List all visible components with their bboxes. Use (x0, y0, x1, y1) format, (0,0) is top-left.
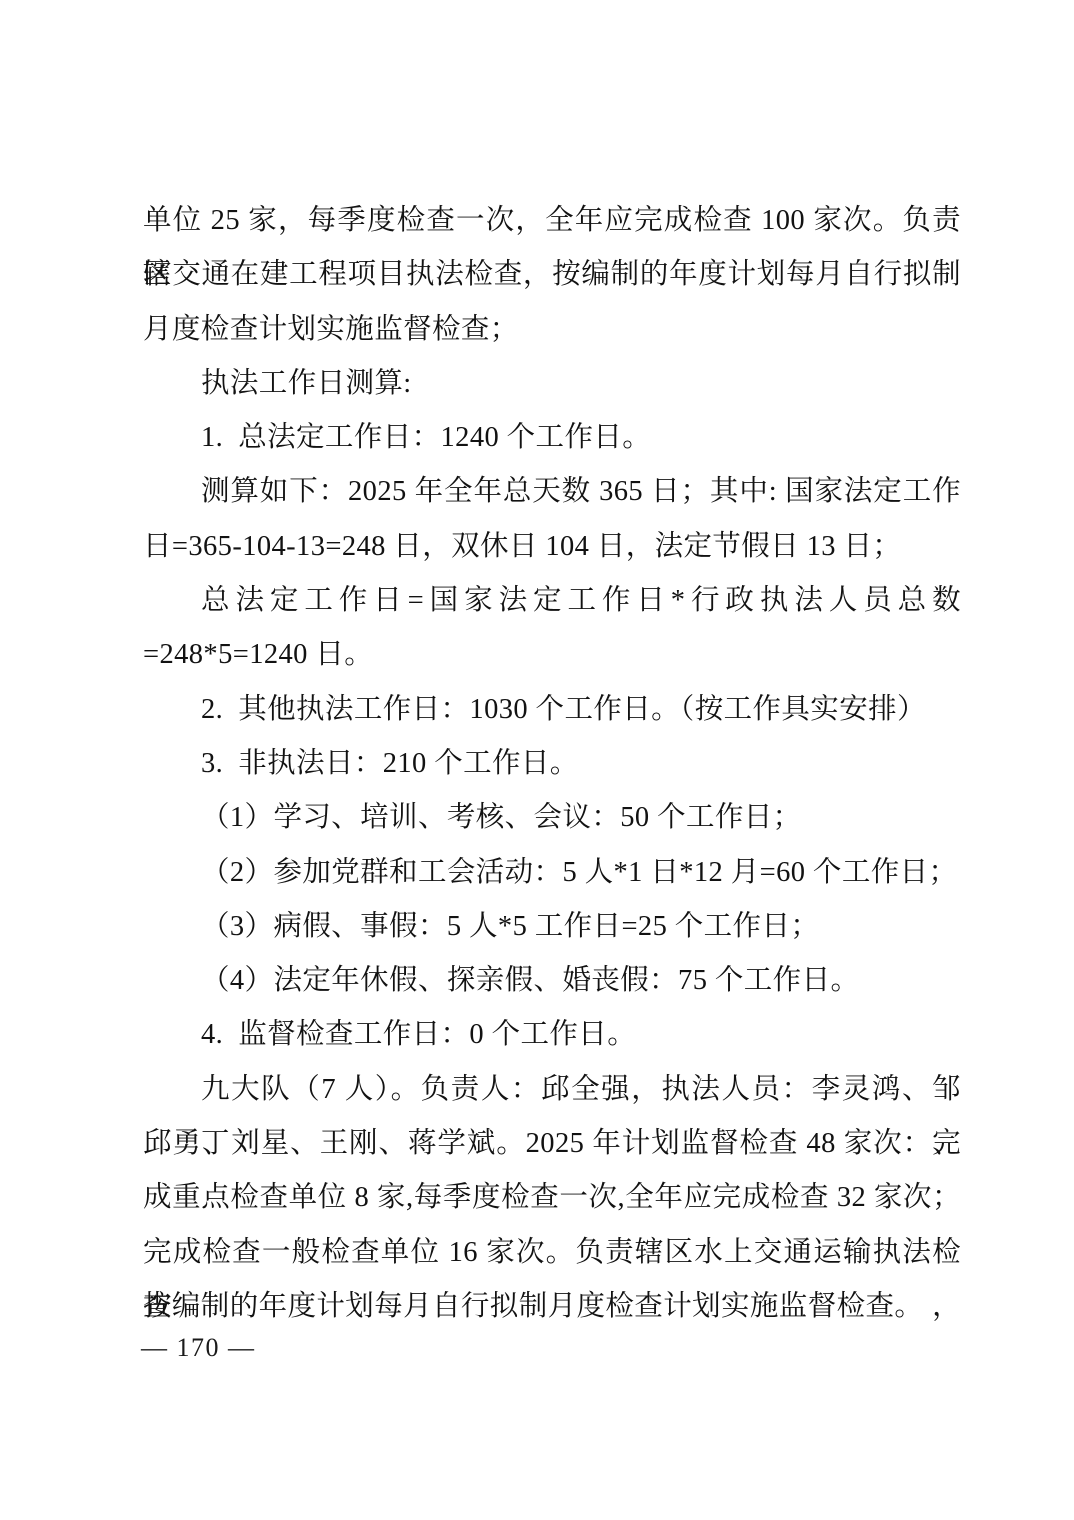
document-body: 单位 25 家，每季度检查一次，全年应完成检查 100 家次。负责辖 区交通在建… (143, 194, 961, 1334)
doc-line: 总法定工作日=国家法定工作日*行政执法人员总数 (143, 574, 961, 628)
page-number: — 170 — (141, 1330, 256, 1366)
doc-line: 单位 25 家，每季度检查一次，全年应完成检查 100 家次。负责辖 (143, 194, 961, 248)
doc-line: 按编制的年度计划每月自行拟制月度检查计划实施监督检查。 (143, 1280, 961, 1334)
doc-line: 日=365-104-13=248 日，双休日 104 日，法定节假日 13 日； (143, 520, 961, 574)
doc-line: 邱勇、刘星、王刚、蒋学斌。2025 年计划监督检查 48 家次：完 (143, 1117, 961, 1171)
doc-line: 成重点检查单位 8 家,每季度检查一次,全年应完成检查 32 家次； (143, 1171, 961, 1225)
doc-line: 月度检查计划实施监督检查； (143, 303, 961, 357)
doc-line: 1. 总法定工作日：1240 个工作日。 (143, 411, 961, 465)
document-page: 单位 25 家，每季度检查一次，全年应完成检查 100 家次。负责辖 区交通在建… (0, 0, 1074, 1520)
doc-line: 九大队（7 人）。负责人：邱全强，执法人员：李灵鸿、邹丁、 (143, 1063, 961, 1117)
doc-line: 3. 非执法日：210 个工作日。 (143, 737, 961, 791)
doc-line: 区交通在建工程项目执法检查，按编制的年度计划每月自行拟制 (143, 248, 961, 302)
doc-line: （4）法定年休假、探亲假、婚丧假：75 个工作日。 (143, 954, 961, 1008)
doc-line: （2）参加党群和工会活动：5 人*1 日*12 月=60 个工作日； (143, 846, 961, 900)
doc-line: 执法工作日测算: (143, 357, 961, 411)
doc-line: =248*5=1240 日。 (143, 628, 961, 682)
doc-line: 2. 其他执法工作日：1030 个工作日。（按工作具实安排） (143, 683, 961, 737)
doc-line: 4. 监督检查工作日：0 个工作日。 (143, 1008, 961, 1062)
doc-line: （3）病假、事假：5 人*5 工作日=25 个工作日； (143, 900, 961, 954)
doc-line: （1）学习、培训、考核、会议：50 个工作日； (143, 791, 961, 845)
doc-line: 完成检查一般检查单位 16 家次。负责辖区水上交通运输执法检查， (143, 1226, 961, 1280)
doc-line: 测算如下：2025 年全年总天数 365 日；其中: 国家法定工作 (143, 465, 961, 519)
